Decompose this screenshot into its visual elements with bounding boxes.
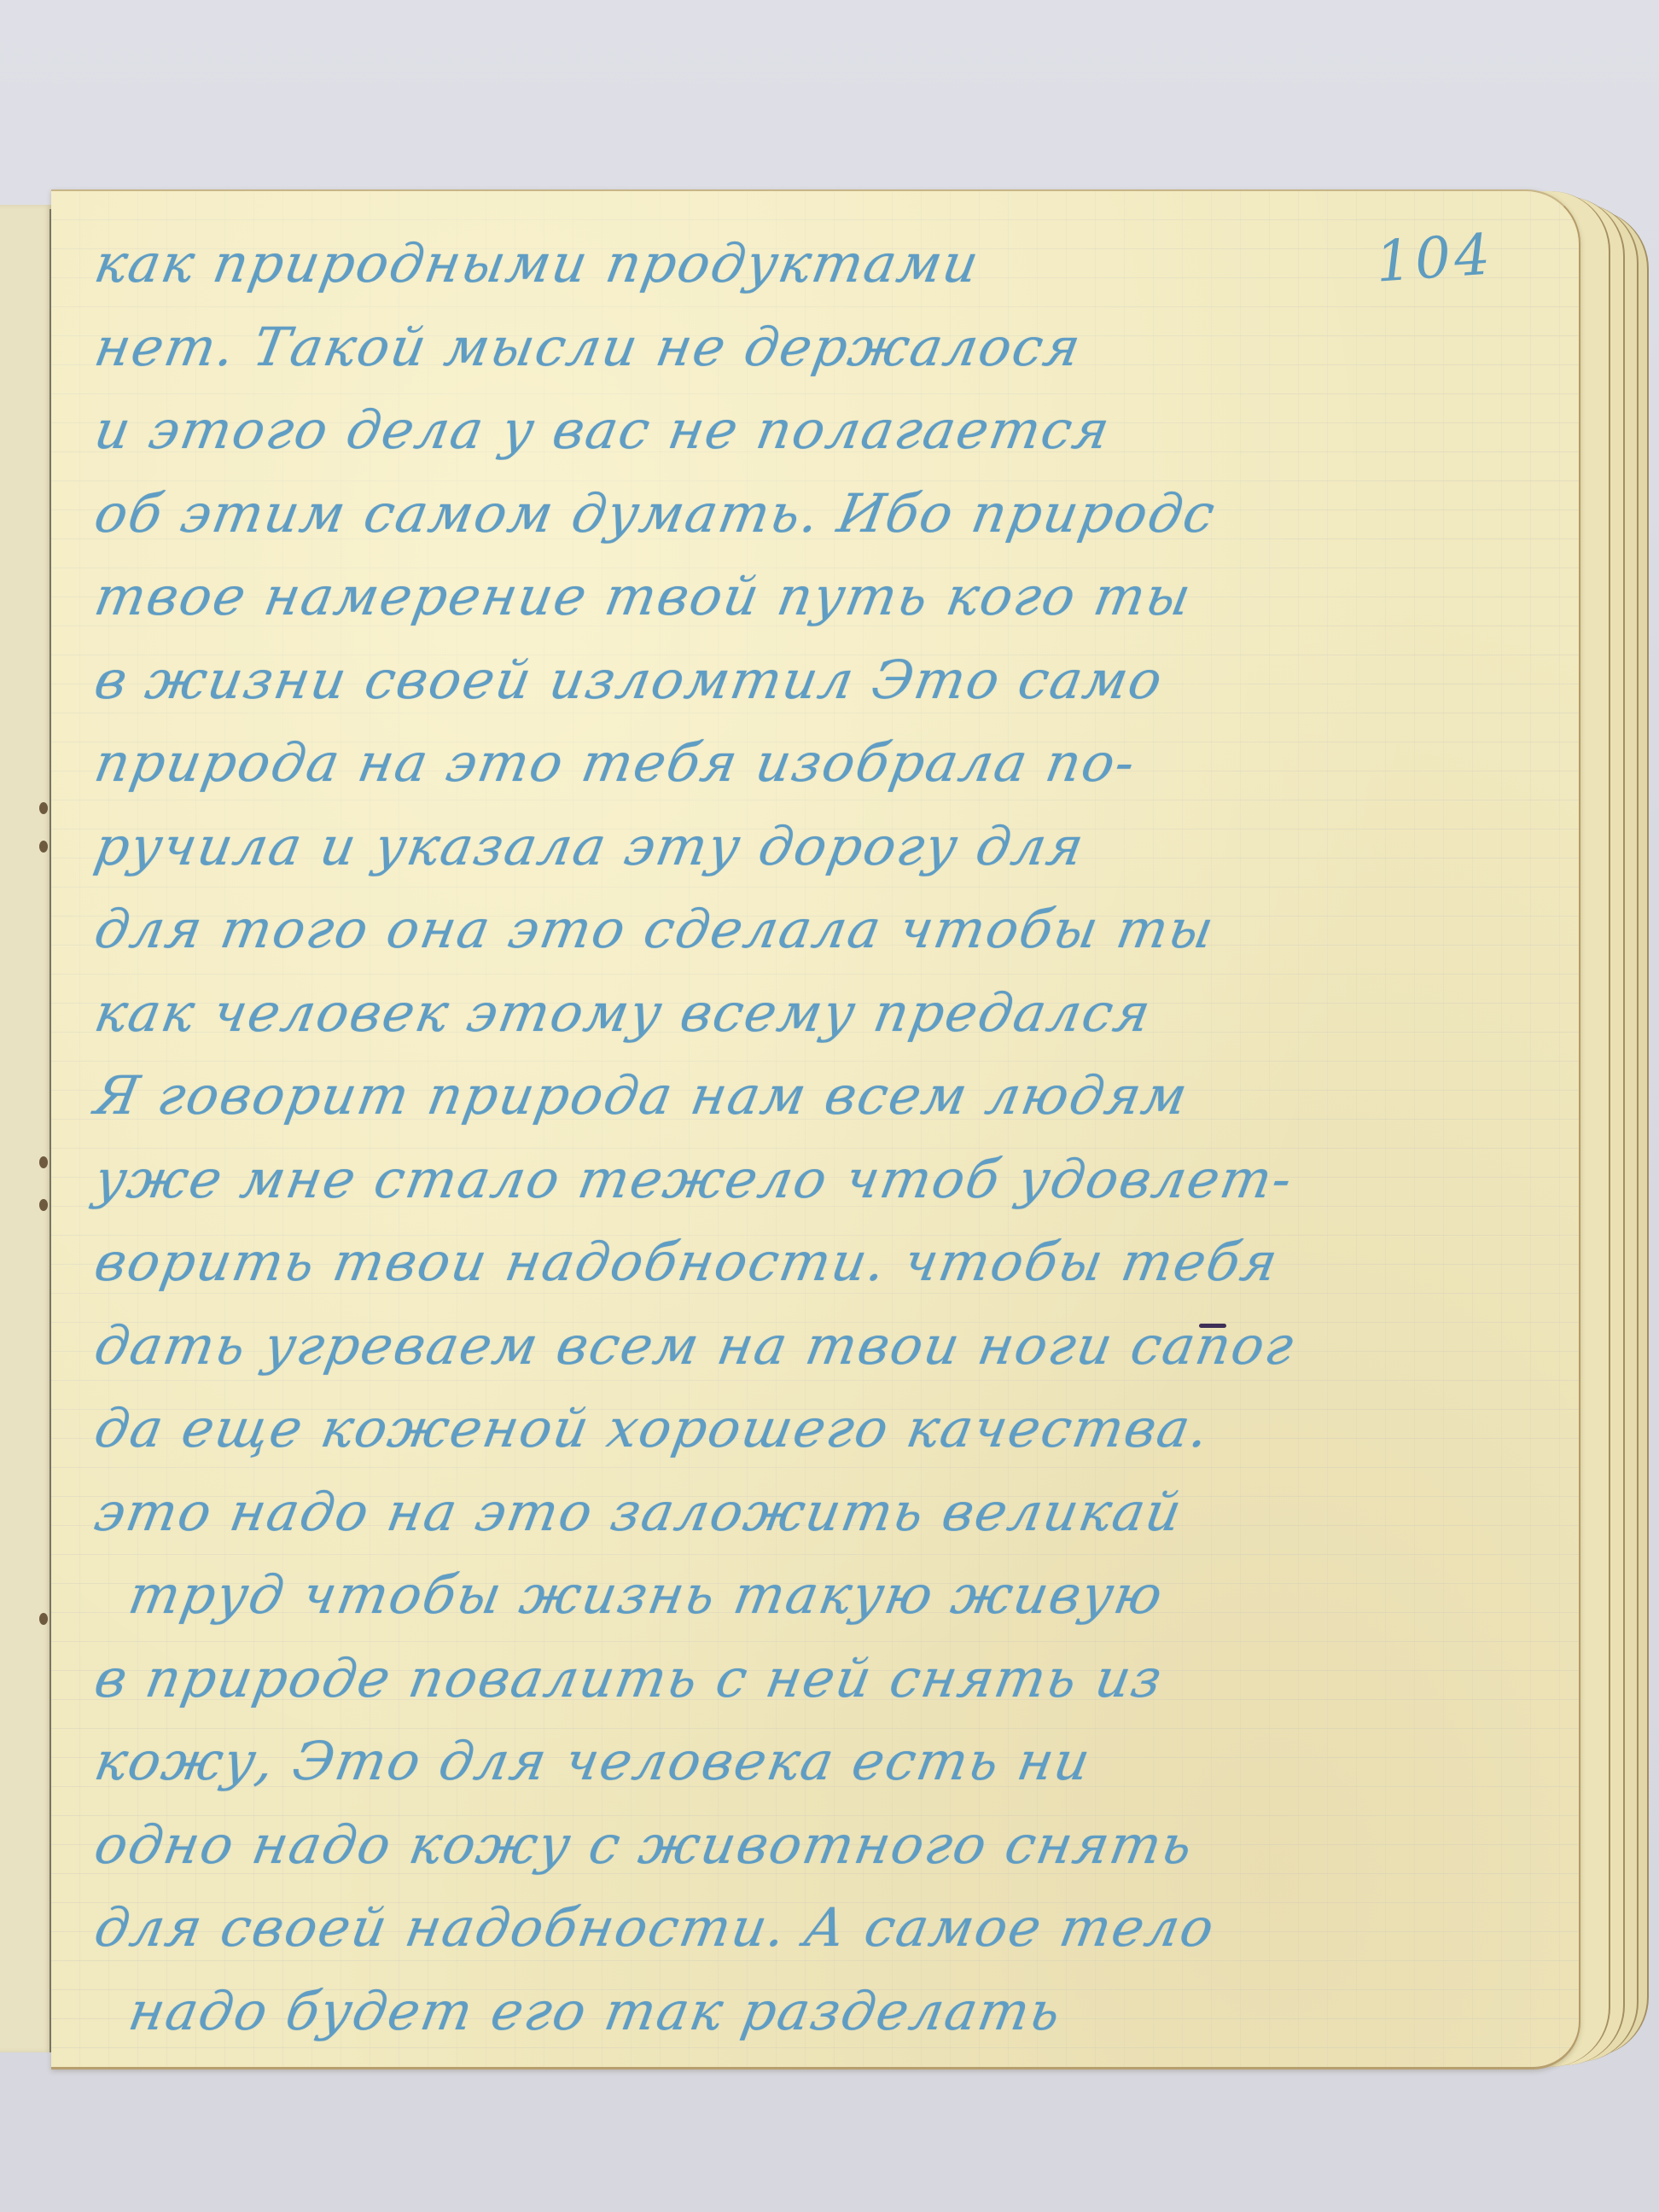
binding-stitch-hole (39, 841, 48, 853)
text-line: как природными продуктами (88, 222, 1502, 306)
text-line: ворить твои надобности. чтобы тебя (88, 1220, 1502, 1304)
text-line: дать угреваем всем на твои ноги сапог (88, 1304, 1502, 1388)
text-line: в природе повалить с ней снять из (88, 1637, 1502, 1720)
handwritten-text-block: как природными продуктами нет. Такой мыс… (96, 222, 1495, 2052)
text-line: твое намерение твой путь кого ты (88, 555, 1502, 638)
text-line: это надо на это заложить великай (88, 1470, 1502, 1554)
text-line: для того она это сделала чтобы ты (88, 888, 1502, 971)
text-line: да еще коженой хорошего качества. (88, 1387, 1502, 1470)
ink-dash-mark (1199, 1324, 1226, 1328)
text-line: уже мне стало тежело чтоб удовлет- (88, 1138, 1502, 1221)
text-line: в жизни своей изломтил Это само (88, 638, 1502, 722)
text-line: природа на это тебя изобрала по- (88, 721, 1502, 805)
text-line: об этим самом думать. Ибо природс (88, 472, 1502, 556)
binding-stitch-hole (39, 802, 48, 814)
notebook-page: 104 как природными продуктами нет. Такой… (51, 189, 1580, 2069)
text-line: нет. Такой мысли не держалося (88, 306, 1502, 389)
text-line: Я говорит природа нам всем людям (88, 1054, 1502, 1138)
binding-stitch-hole (39, 1156, 48, 1168)
binding-stitch-hole (39, 1199, 48, 1211)
text-line: надо будет его так разделать (88, 1970, 1502, 2053)
text-line: для своей надобности. А самое тело (88, 1886, 1502, 1970)
text-line: как человек этому всему предался (88, 971, 1502, 1055)
binding-stitch-hole (39, 1613, 48, 1625)
facing-page-edge (0, 205, 51, 2052)
text-line: труд чтобы жизнь такую живую (88, 1553, 1502, 1637)
text-line: кожу, Это для человека есть ни (88, 1720, 1502, 1803)
text-line: ручила и указала эту дорогу для (88, 805, 1502, 888)
text-line: одно надо кожу с животного снять (88, 1803, 1502, 1887)
text-line: и этого дела у вас не полагается (88, 388, 1502, 472)
